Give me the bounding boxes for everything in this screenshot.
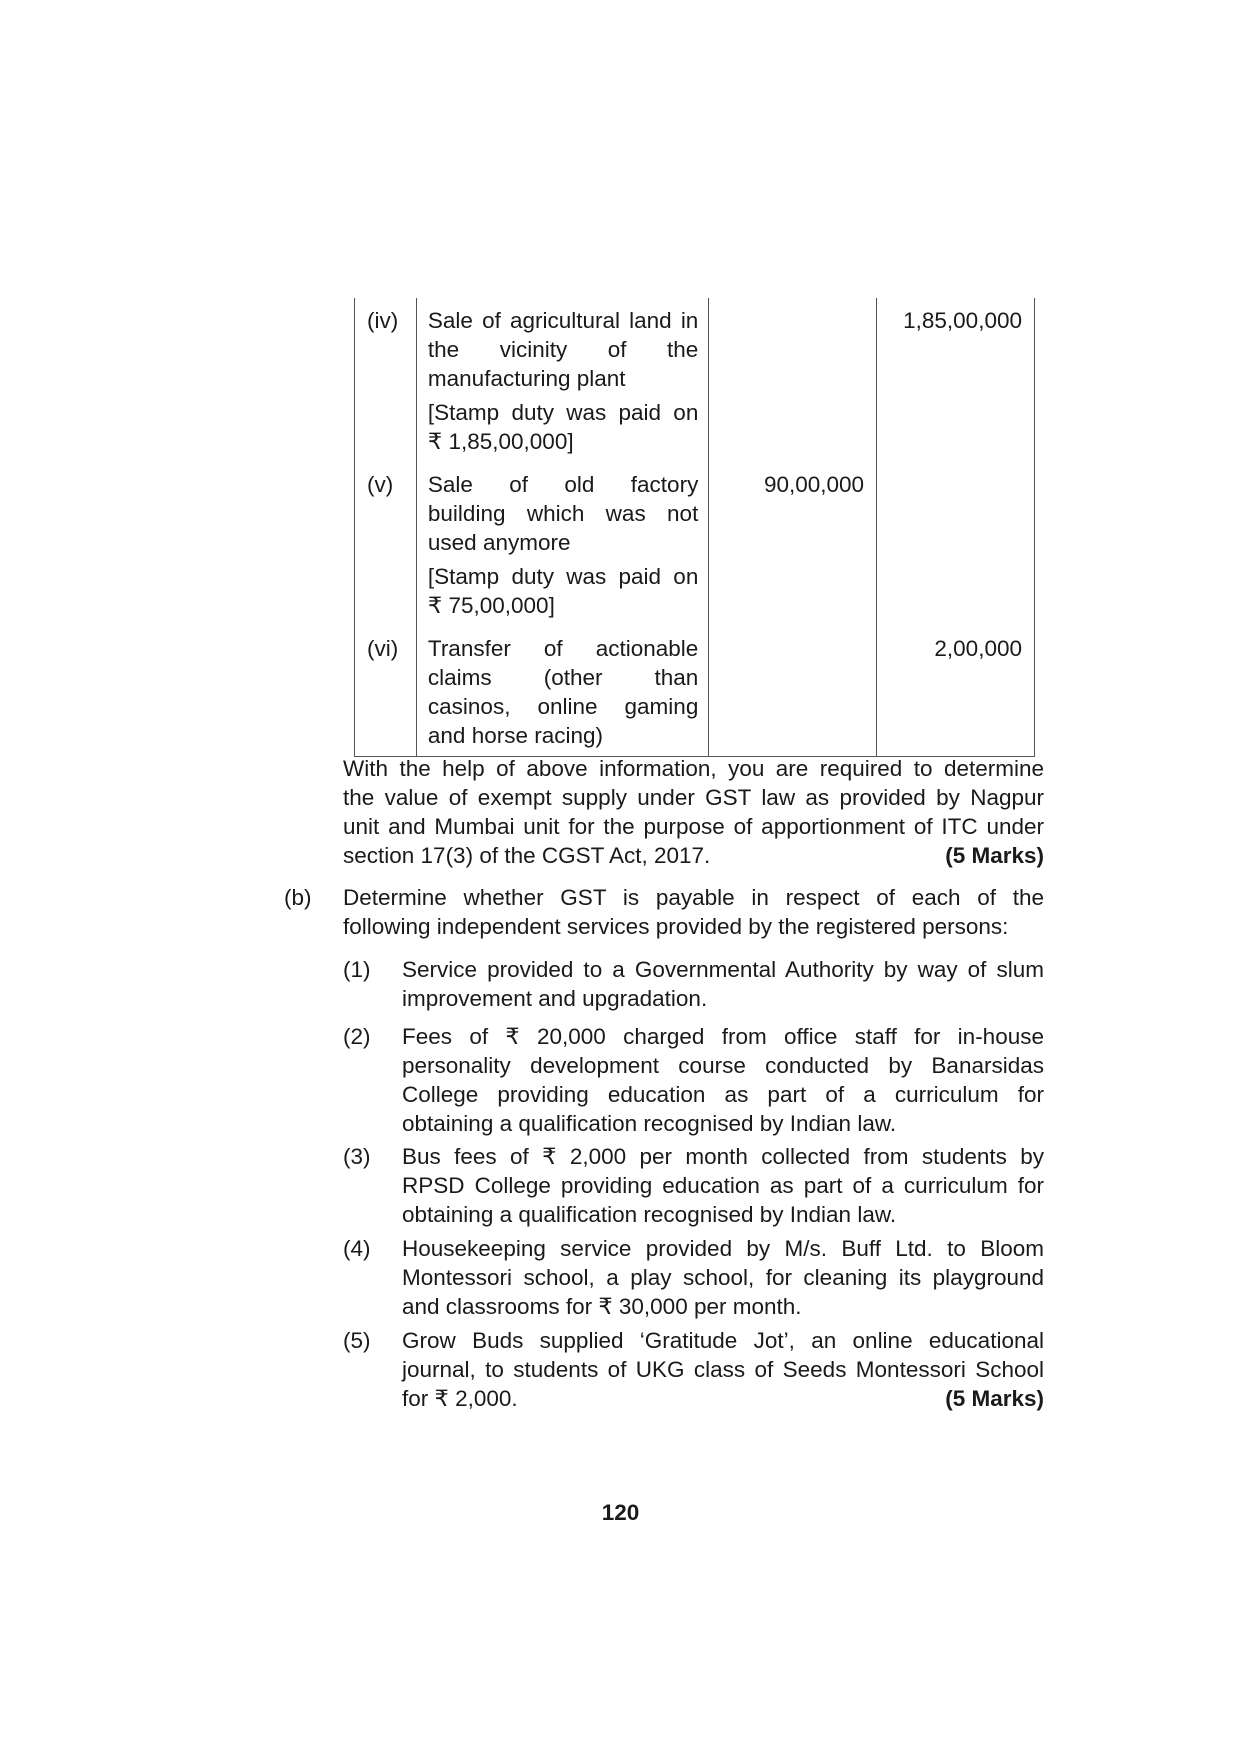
item-line: obtaining a qualification recognised by … (402, 1200, 1044, 1229)
amount-column-b: 2,00,000 (877, 626, 1035, 757)
description-line: claims (other than (428, 663, 698, 692)
item-line: Bus fees of ₹ 2,000 per month collected … (402, 1142, 1044, 1171)
item-line: improvement and upgradation. (402, 984, 1044, 1013)
amount-column-a (709, 298, 877, 462)
question-a-line: With the help of above information, you … (343, 754, 1044, 783)
row-description: Transfer of actionableclaims (other than… (416, 626, 708, 757)
row-number: (v) (355, 462, 417, 626)
item-text: Grow Buds supplied ‘Gratitude Jot’, an o… (402, 1326, 1044, 1413)
row-description: Sale of old factorybuilding which was no… (416, 462, 708, 626)
description-line: building which was not (428, 499, 698, 528)
item-number: (1) (343, 955, 371, 984)
supply-table: (iv)Sale of agricultural land inthe vici… (354, 298, 1035, 757)
stamp-duty-note: [Stamp duty was paid on₹ 75,00,000] (428, 562, 698, 620)
amount-column-b: 1,85,00,000 (877, 298, 1035, 462)
item-line: journal, to students of UKG class of See… (402, 1355, 1044, 1384)
item-line: RPSD College providing education as part… (402, 1171, 1044, 1200)
description-line: and horse racing) (428, 721, 698, 750)
description-line: Transfer of actionable (428, 634, 698, 663)
stamp-duty-note: [Stamp duty was paid on₹ 1,85,00,000] (428, 398, 698, 456)
table-row: (v)Sale of old factorybuilding which was… (355, 462, 1035, 626)
page-number: 120 (0, 1500, 1241, 1526)
item-number: (5) (343, 1326, 371, 1355)
item-line: for ₹ 2,000. (402, 1384, 518, 1413)
description-line: the vicinity of the (428, 335, 698, 364)
item-line: Fees of ₹ 20,000 charged from office sta… (402, 1022, 1044, 1051)
item-text: Service provided to a Governmental Autho… (402, 955, 1044, 1013)
row-number: (iv) (355, 298, 417, 462)
amount-column-a: 90,00,000 (709, 462, 877, 626)
item-line: obtaining a qualification recognised by … (402, 1109, 1044, 1138)
amount-column-a (709, 626, 877, 757)
description-line: manufacturing plant (428, 364, 698, 393)
note-line: [Stamp duty was paid on (428, 398, 698, 427)
question-a-line: unit and Mumbai unit for the purpose of … (343, 812, 1044, 841)
question-a-line: the value of exempt supply under GST law… (343, 783, 1044, 812)
item-line: Housekeeping service provided by M/s. Bu… (402, 1234, 1044, 1263)
table-row: (iv)Sale of agricultural land inthe vici… (355, 298, 1035, 462)
description-line: casinos, online gaming (428, 692, 698, 721)
question-b-intro-line: Determine whether GST is payable in resp… (343, 883, 1044, 912)
row-number: (vi) (355, 626, 417, 757)
item-number: (3) (343, 1142, 371, 1171)
item-line: Montessori school, a play school, for cl… (402, 1263, 1044, 1292)
item-text: Housekeeping service provided by M/s. Bu… (402, 1234, 1044, 1321)
marks-label: (5 Marks) (945, 841, 1044, 870)
row-description: Sale of agricultural land inthe vicinity… (416, 298, 708, 462)
question-b-intro-line: following independent services provided … (343, 912, 1044, 941)
part-b-label: (b) (284, 883, 312, 912)
question-a-text: With the help of above information, you … (343, 754, 1044, 870)
table-row: (vi)Transfer of actionableclaims (other … (355, 626, 1035, 757)
item-line: Service provided to a Governmental Autho… (402, 955, 1044, 984)
item-number: (2) (343, 1022, 371, 1051)
item-line: Grow Buds supplied ‘Gratitude Jot’, an o… (402, 1326, 1044, 1355)
question-a-line: section 17(3) of the CGST Act, 2017. (343, 841, 710, 870)
item-text: Bus fees of ₹ 2,000 per month collected … (402, 1142, 1044, 1229)
description-line: Sale of agricultural land in (428, 306, 698, 335)
note-line: [Stamp duty was paid on (428, 562, 698, 591)
description-line: Sale of old factory (428, 470, 698, 499)
question-b-intro: Determine whether GST is payable in resp… (343, 883, 1044, 941)
item-line: and classrooms for ₹ 30,000 per month. (402, 1292, 1044, 1321)
document-page: (iv)Sale of agricultural land inthe vici… (0, 0, 1241, 1754)
description-line: used anymore (428, 528, 698, 557)
marks-label: (5 Marks) (945, 1384, 1044, 1413)
note-line: ₹ 1,85,00,000] (428, 427, 698, 456)
item-line: College providing education as part of a… (402, 1080, 1044, 1109)
amount-column-b (877, 462, 1035, 626)
item-line: personality development course conducted… (402, 1051, 1044, 1080)
item-text: Fees of ₹ 20,000 charged from office sta… (402, 1022, 1044, 1138)
item-number: (4) (343, 1234, 371, 1263)
note-line: ₹ 75,00,000] (428, 591, 698, 620)
